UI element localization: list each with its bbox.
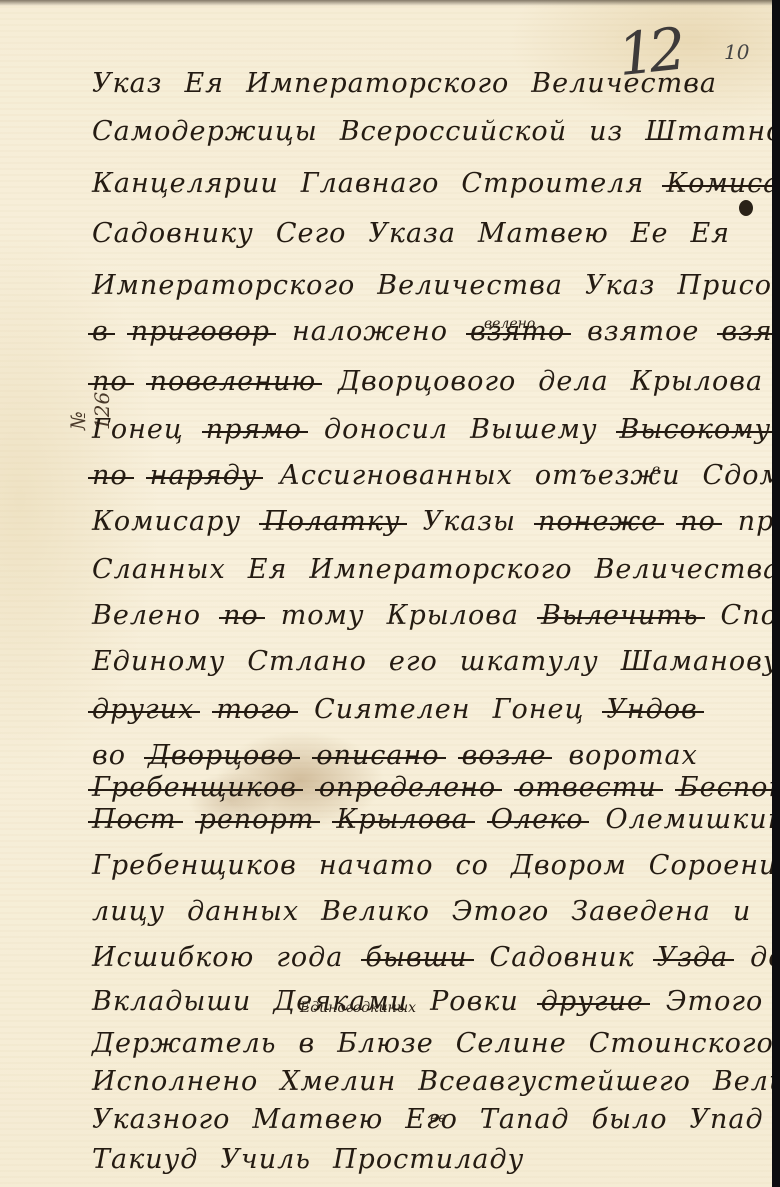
word: Ровки [430,986,519,1017]
struck-word: Пост [92,804,177,835]
word: Указ [92,68,162,99]
struck-word: Высокому [620,414,772,445]
word: дела [538,366,608,397]
word: шкатулу [460,646,599,677]
struck-word: репорт [199,804,315,835]
text-line: понарядуАссигнованныхотъезжиСдомыкЕго [92,460,742,491]
text-line: другихтогоСиятеленГонецУндов [92,694,742,725]
word: взятое [587,316,699,347]
text-line: ЕдиномуСтланоегошкатулуШаманову [92,646,742,677]
struck-word: Дворцово [148,740,294,771]
text-line: СадовникуСегоУказаМатвеюЕеЕя [92,218,742,249]
word: Сего [276,218,347,249]
text-line: ГонецпрямодоносилВышемуВысокому [92,414,742,445]
struck-word: по [680,506,716,537]
word: Училь [220,1144,311,1175]
text-line: СамодержицыВсероссийскойизШтатнойКонторы… [92,116,742,147]
word: в [298,1028,315,1059]
word: Этого [452,896,549,927]
struck-word: в [92,316,109,347]
word: Вышему [470,414,597,445]
word: Дворцового [338,366,516,397]
ink-blot [739,200,753,216]
word: Велено [92,600,201,631]
text-line: ГребенщиковопределеноотвестиБеспокойного [92,772,742,803]
text-line: ТакиудУчильПростиладу [92,1144,742,1175]
word: Императорского [309,554,572,585]
text-line: УказЕяИмператорскогоВеличества [92,68,742,99]
word: Канцелярии [92,168,279,199]
text-line: ИсшибкоюгодабывшиСадовникУздадомтого [92,942,742,973]
word: Упад [689,1104,763,1135]
struck-word: по [92,460,128,491]
word: Крылова [631,366,763,397]
word: Императорского [246,68,509,99]
text-line: ВеленопотомуКрыловаВылечитьСпособ [92,600,742,631]
interlinear-note: велено [484,316,535,332]
struck-word: другие [541,986,644,1017]
word: во [92,740,126,771]
struck-word: наряду [150,460,258,491]
text-line: ПострепортКрыловаОлекоОлемишкину [92,804,742,835]
word: Ея [690,218,730,249]
word: Величества [713,1066,780,1097]
word: Садовник [490,942,635,973]
text-line: ВкладышиДеякамиРовкидругиеЭтогоКомисару [92,986,742,1017]
struck-word: Узда [657,942,728,973]
word: данных [187,896,299,927]
word: Гонец [92,414,184,445]
word: из [589,116,623,147]
word: Величества [595,554,780,585]
text-line: КомисаруПолаткуУказыпонежепопри [92,506,742,537]
text-line: лицуданныхВеликоЭтогоЗаведенаиСошамана [92,896,742,927]
word: Гребенщиков [92,850,297,881]
word: Гонец [493,694,585,725]
word: Этого [666,986,763,1017]
text-line: ИмператорскогоВеличестваУказПрисовокупяе… [92,270,742,301]
text-line: вприговорналоженовзятовзятоевзято [92,316,742,347]
word: Хмелин [280,1066,396,1097]
word: Сиятелен [314,694,470,725]
word: Садовнику [92,218,254,249]
word: Комисару [92,506,241,537]
word: Строителя [461,168,644,199]
struck-word: возле [462,740,547,771]
text-line: УказногоМатвеюЕгоТападбылоУпадМихайла [92,1104,742,1135]
struck-word: Беспокойного [679,772,780,803]
manuscript-page: 12 10 № 126 УказЕяИмператорскогоВеличест… [0,0,772,1187]
word: и [733,896,751,927]
word: Сдомы [703,460,780,491]
word: лицу [92,896,165,927]
word: Единому [92,646,225,677]
struck-word: по [223,600,259,631]
word: Ассигнованных [279,460,512,491]
word: наложено [292,316,448,347]
word: Заведена [571,896,711,927]
word: воротах [568,740,697,771]
struck-word: повелению [150,366,316,397]
interlinear-note: Единогодкиных [300,1000,416,1016]
word: Двором [511,850,627,881]
word: года [276,942,343,973]
text-line: ДержательвБлюзеСелинеСтоинскогоОбразца [92,1028,742,1059]
word: начато [319,850,434,881]
word: Такиуд [92,1144,198,1175]
struck-word: Крылова [336,804,468,835]
word: тому [281,600,365,631]
word: Стлано [247,646,367,677]
word: Селине [456,1028,567,1059]
text-line: ИсполненоХмелинВсеавгустейшегоВеличества… [92,1066,742,1097]
word: Матвею [252,1104,383,1135]
word: Императорского [92,270,355,301]
struck-word: других [92,694,194,725]
word: Вкладыши [92,986,251,1017]
word: Сороенину [649,850,780,881]
margin-note-area: № 126 [36,270,66,400]
word: Тапад [480,1104,570,1135]
struck-word: определено [319,772,496,803]
word: его [389,646,438,677]
word: Велико [321,896,430,927]
word: Величества [377,270,563,301]
word: Самодержицы [92,116,318,147]
word: Указа [368,218,456,249]
scan-top-shadow [0,0,772,6]
word: Исшибкою [92,942,254,973]
struck-word: по [92,366,128,397]
struck-word: описано [316,740,439,771]
folio-sub-number: 10 [724,40,749,64]
word: Всероссийской [340,116,567,147]
word: Ее [631,218,669,249]
struck-word: Вылечить [541,600,699,631]
word: Ея [184,68,224,99]
word: Исполнено [92,1066,258,1097]
word: доносил [324,414,448,445]
struck-word: приговор [131,316,270,347]
text-line: КанцелярииГлавнагоСтроителяКомисара [92,168,742,199]
word: Матвею [478,218,609,249]
word: Указы [423,506,516,537]
word: Сланных [92,554,226,585]
word: было [592,1104,668,1135]
word: Шаманову [621,646,780,677]
word: Величества [531,68,717,99]
text-line: ГребенщиковначатосоДворомСороенинуДовЦар [92,850,742,881]
struck-word: бывши [365,942,467,973]
word: Блюзе [337,1028,434,1059]
word: Главнаго [301,168,440,199]
word: Олемишкину [605,804,780,835]
word: Штатной [645,116,780,147]
word: Присовокупяему [677,270,780,301]
struck-word: понеже [538,506,658,537]
word: Всеавгустейшего [418,1066,691,1097]
text-line: поповелениюДворцовогоделаКрыловаоднако [92,366,742,397]
word: со [456,850,489,881]
interlinear-note: ве [430,1110,446,1126]
word: Стоинского [589,1028,774,1059]
word: Указ [585,270,655,301]
interlinear-note: в [652,462,660,478]
struck-word: Олеко [491,804,584,835]
word: Держатель [92,1028,276,1059]
struck-word: прямо [206,414,302,445]
struck-word: Ундов [606,694,697,725]
text-line: воДворцовоописановозлеворотах [92,740,742,771]
scan-edge [772,0,780,1187]
struck-word: того [216,694,292,725]
word: Указного [92,1104,230,1135]
struck-word: Гребенщиков [92,772,297,803]
word: Крылова [387,600,519,631]
text-line: СланныхЕяИмператорскогоВеличестваУказу [92,554,742,585]
struck-word: отвести [518,772,657,803]
word: Ея [248,554,288,585]
struck-word: Полатку [263,506,400,537]
word: Простиладу [333,1144,524,1175]
struck-word: Комисара [666,168,780,199]
